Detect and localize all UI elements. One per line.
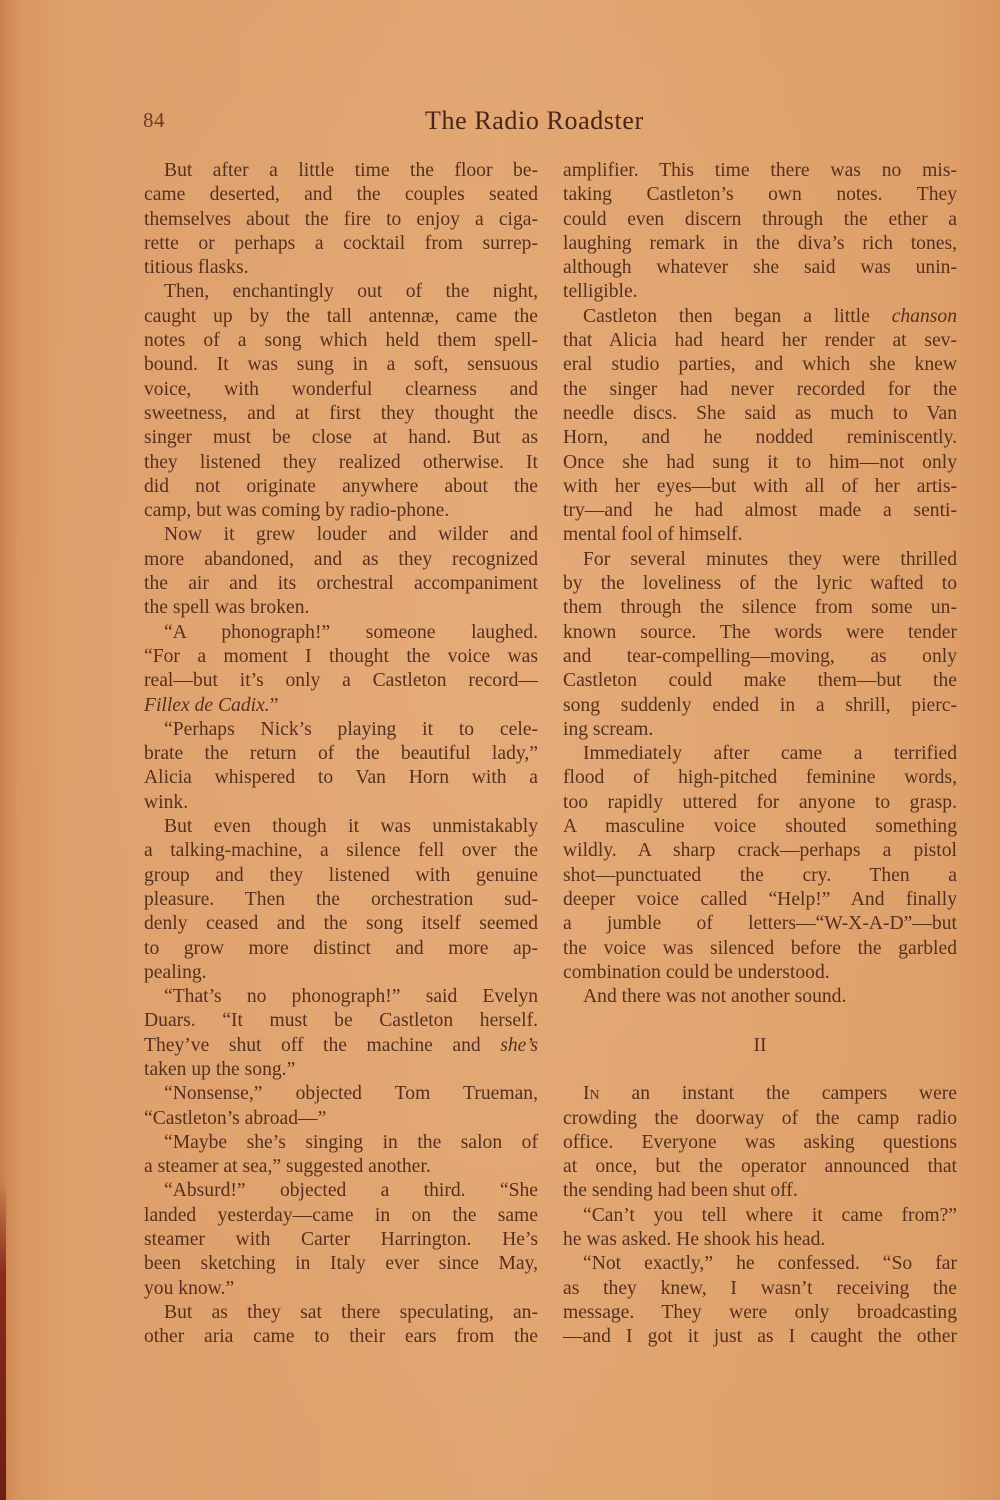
text-line: brate the return of the beautiful lady,” [144, 742, 538, 766]
text-line: more abandoned, and as they recognized [144, 548, 538, 572]
text-line: them through the silence from some un- [563, 596, 957, 620]
text-line [563, 1009, 957, 1033]
text-line: by the loveliness of the lyric wafted to [563, 572, 957, 596]
text-line: “Perhaps Nick’s playing it to cele- [144, 718, 538, 742]
text-line: They’ve shut off the machine and she’s [144, 1034, 538, 1058]
italic-text: she’s [500, 1035, 538, 1056]
text-line: voice, with wonderful clearness and [144, 378, 538, 402]
text-line: Castleton could make them—but the [563, 669, 957, 693]
text-line: message. They were only broadcasting [563, 1301, 957, 1325]
drop-smallcaps: In [583, 1083, 600, 1104]
text-line: pealing. [144, 961, 538, 985]
text-line: wink. [144, 791, 538, 815]
text-line: eral studio parties, and which she knew [563, 353, 957, 377]
text-line: rette or perhaps a cocktail from surrep- [144, 232, 538, 256]
page-number: 84 [143, 108, 165, 133]
text-line: —and I got it just as I caught the other [563, 1325, 957, 1349]
text-line: pleasure. Then the orchestration sud- [144, 888, 538, 912]
text-line: camp, but was coming by radio-phone. [144, 499, 538, 523]
text-line: singer must be close at hand. But as [144, 426, 538, 450]
text-line: In an instant the campers were [563, 1082, 957, 1106]
text-line: denly ceased and the song itself seemed [144, 912, 538, 936]
running-title: The Radio Roadster [425, 106, 644, 136]
text-line: For several minutes they were thrilled [563, 548, 957, 572]
text-line: But even though it was unmistakably [144, 815, 538, 839]
text-line: landed yesterday—came in on the same [144, 1204, 538, 1228]
text-line: a steamer at sea,” suggested another. [144, 1155, 538, 1179]
text-line: Duars. “It must be Castleton herself. [144, 1009, 538, 1033]
text-line: “Castleton’s abroad—” [144, 1107, 538, 1131]
italic-text: Fillex de Cadix. [144, 695, 270, 716]
text-line: notes of a song which held them spell- [144, 329, 538, 353]
text-line: wildly. A sharp crack—perhaps a pistol [563, 839, 957, 863]
text-line: sweetness, and at first they thought the [144, 402, 538, 426]
text-line: that Alicia had heard her render at sev- [563, 329, 957, 353]
text-line: shot—punctuated the cry. Then a [563, 864, 957, 888]
text-line: to grow more distinct and more ap- [144, 937, 538, 961]
text-line: and tear-compelling—moving, as only [563, 645, 957, 669]
text-line: “Can’t you tell where it came from?” [563, 1204, 957, 1228]
text-line: taking Castleton’s own notes. They [563, 183, 957, 207]
text-line: Once she had sung it to him—not only [563, 451, 957, 475]
text-line: as they knew, I wasn’t receiving the [563, 1277, 957, 1301]
text-line: the sending had been shut off. [563, 1179, 957, 1203]
text-line: bound. It was sung in a soft, sensuous [144, 353, 538, 377]
text-line: been sketching in Italy ever since May, [144, 1252, 538, 1276]
text-line: “For a moment I thought the voice was [144, 645, 538, 669]
text-line: the singer had never recorded for the [563, 378, 957, 402]
text-line: amplifier. This time there was no mis- [563, 159, 957, 183]
section-heading: II [563, 1034, 957, 1058]
text-line: deeper voice called “Help!” And finally [563, 888, 957, 912]
text-line: caught up by the tall antennæ, came the [144, 305, 538, 329]
text-line: too rapidly uttered for anyone to grasp. [563, 791, 957, 815]
text-line: office. Everyone was asking questions [563, 1131, 957, 1155]
text-line: real—but it’s only a Castleton record— [144, 669, 538, 693]
text-line: crowding the doorway of the camp radio [563, 1107, 957, 1131]
text-line: “A phonograph!” someone laughed. [144, 621, 538, 645]
text-line: could even discern through the ether a [563, 208, 957, 232]
text-line: “Absurd!” objected a third. “She [144, 1179, 538, 1203]
text-line: taken up the song.” [144, 1058, 538, 1082]
text-line: the spell was broken. [144, 596, 538, 620]
text-line: group and they listened with genuine [144, 864, 538, 888]
text-line: at once, but the operator announced that [563, 1155, 957, 1179]
text-line: known source. The words were tender [563, 621, 957, 645]
text-line: did not originate anywhere about the [144, 475, 538, 499]
text-line [563, 1058, 957, 1082]
text-line: titious flasks. [144, 256, 538, 280]
text-line: try—and he had almost made a senti- [563, 499, 957, 523]
text-line: needle discs. She said as much to Van [563, 402, 957, 426]
text-line: “Maybe she’s singing in the salon of [144, 1131, 538, 1155]
left-column: But after a little time the floor be-cam… [144, 159, 538, 1350]
text-line: although whatever she said was unin- [563, 256, 957, 280]
text-line: mental fool of himself. [563, 523, 957, 547]
page-header: 84 The Radio Roadster [143, 108, 958, 140]
text-line: flood of high-pitched feminine words, [563, 766, 957, 790]
text-line: the voice was silenced before the garble… [563, 937, 957, 961]
text-line: Horn, and he nodded reminiscently. [563, 426, 957, 450]
text-line: Now it grew louder and wilder and [144, 523, 538, 547]
italic-text: chanson [892, 306, 957, 327]
text-line: came deserted, and the couples seated [144, 183, 538, 207]
text-line: you know.” [144, 1277, 538, 1301]
book-spine-edge [0, 1180, 6, 1500]
text-line: Then, enchantingly out of the night, [144, 280, 538, 304]
text-line: combination could be understood. [563, 961, 957, 985]
text-line: steamer with Carter Harrington. He’s [144, 1228, 538, 1252]
text-line: But as they sat there speculating, an- [144, 1301, 538, 1325]
text-line: a talking-machine, a silence fell over t… [144, 839, 538, 863]
text-line: themselves about the fire to enjoy a cig… [144, 208, 538, 232]
text-line: “Nonsense,” objected Tom Trueman, [144, 1082, 538, 1106]
text-line: song suddenly ended in a shrill, pierc- [563, 694, 957, 718]
text-line: Immediately after came a terrified [563, 742, 957, 766]
text-line: he was asked. He shook his head. [563, 1228, 957, 1252]
text-line: A masculine voice shouted something [563, 815, 957, 839]
text-line: a jumble of letters—“W-X-A-D”—but [563, 912, 957, 936]
text-line: Castleton then began a little chanson [563, 305, 957, 329]
text-line: And there was not another sound. [563, 985, 957, 1009]
text-line: “That’s no phonograph!” said Evelyn [144, 985, 538, 1009]
text-line: But after a little time the floor be- [144, 159, 538, 183]
text-line: with her eyes—but with all of her artis- [563, 475, 957, 499]
text-line: other aria came to their ears from the [144, 1325, 538, 1349]
text-line: “Not exactly,” he confessed. “So far [563, 1252, 957, 1276]
text-line: Fillex de Cadix.” [144, 694, 538, 718]
text-line: Alicia whispered to Van Horn with a [144, 766, 538, 790]
text-line: ing scream. [563, 718, 957, 742]
text-line: the air and its orchestral accompaniment [144, 572, 538, 596]
right-column: amplifier. This time there was no mis-ta… [563, 159, 957, 1350]
text-line: laughing remark in the diva’s rich tones… [563, 232, 957, 256]
text-line: telligible. [563, 280, 957, 304]
text-line: they listened they realized otherwise. I… [144, 451, 538, 475]
